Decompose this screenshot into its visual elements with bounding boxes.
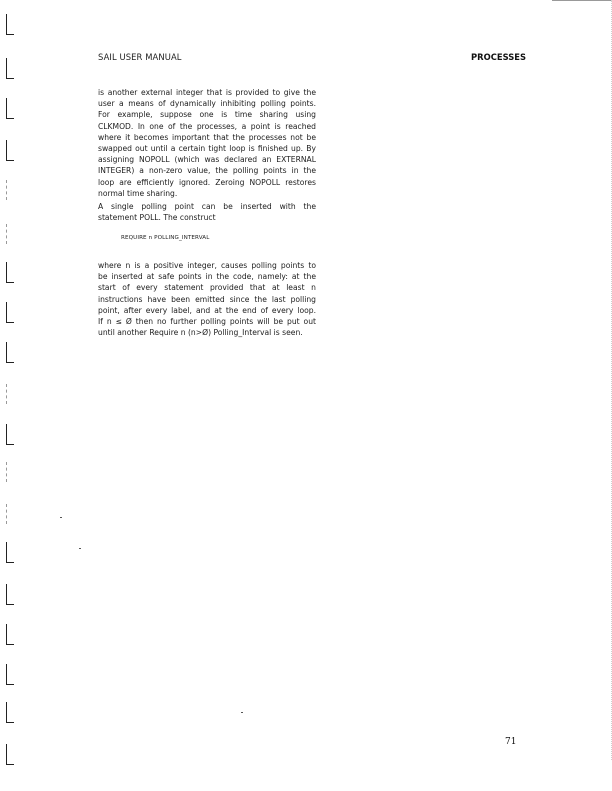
text-line: A single polling point can be inserted w… — [98, 201, 316, 212]
running-header-title: SAIL USER MANUAL — [98, 52, 182, 62]
binding-mark — [6, 14, 14, 35]
binding-mark — [6, 542, 14, 563]
text-line: If n ≤ Ø then no further polling points … — [98, 316, 316, 327]
running-header-section: PROCESSES — [471, 52, 526, 62]
binding-mark — [6, 744, 14, 765]
text-line: where it becomes important that the proc… — [98, 132, 316, 143]
text-line: assigning NOPOLL (which was declared an … — [98, 154, 316, 165]
text-line: be inserted at safe points in the code, … — [98, 271, 316, 282]
text-line: normal time sharing. — [98, 188, 316, 199]
binding-mark — [6, 342, 14, 363]
text-line: until another Require n (n>Ø) Polling_In… — [98, 327, 316, 338]
text-line: CLKMOD. In one of the processes, a point… — [98, 121, 316, 132]
binding-mark — [6, 58, 14, 79]
binding-mark — [6, 140, 14, 161]
binding-mark — [6, 302, 14, 323]
binding-mark — [6, 180, 9, 200]
binding-mark — [6, 584, 14, 605]
paragraph-nopoll: is another external integer that is prov… — [98, 87, 316, 199]
text-line: is another external integer that is prov… — [98, 87, 316, 98]
binding-mark — [6, 384, 9, 404]
text-line: For example, suppose one is time sharing… — [98, 109, 316, 120]
code-construct: REQUIRE n POLLING_INTERVAL — [121, 235, 209, 241]
text-line: loop are efficiently ignored. Zeroing NO… — [98, 177, 316, 188]
text-line: statement POLL. The construct — [98, 212, 316, 223]
text-line: where n is a positive integer, causes po… — [98, 260, 316, 271]
text-line: point, after every label, and at the end… — [98, 305, 316, 316]
scan-edge-top — [552, 0, 612, 1]
scan-speck — [60, 517, 62, 518]
binding-mark — [6, 664, 14, 685]
scan-speck — [79, 548, 81, 549]
paragraph-poll-statement: A single polling point can be inserted w… — [98, 201, 316, 223]
text-line: INTEGER) a non-zero value, the polling p… — [98, 165, 316, 176]
binding-mark — [6, 504, 9, 524]
text-line: swapped out until a certain tight loop i… — [98, 143, 316, 154]
paragraph-require-polling-interval: where n is a positive integer, causes po… — [98, 260, 316, 338]
text-line: instructions have been emitted since the… — [98, 294, 316, 305]
scan-speck — [241, 712, 243, 713]
binding-mark — [6, 624, 14, 645]
text-line: user a means of dynamically inhibiting p… — [98, 98, 316, 109]
binding-mark — [6, 462, 9, 482]
text-line: start of every statement provided that a… — [98, 282, 316, 293]
binding-mark — [6, 702, 14, 723]
binding-mark — [6, 224, 9, 244]
binding-mark — [6, 262, 14, 283]
binding-mark — [6, 424, 14, 445]
binding-mark — [6, 98, 14, 119]
page-number: 71 — [505, 737, 516, 747]
